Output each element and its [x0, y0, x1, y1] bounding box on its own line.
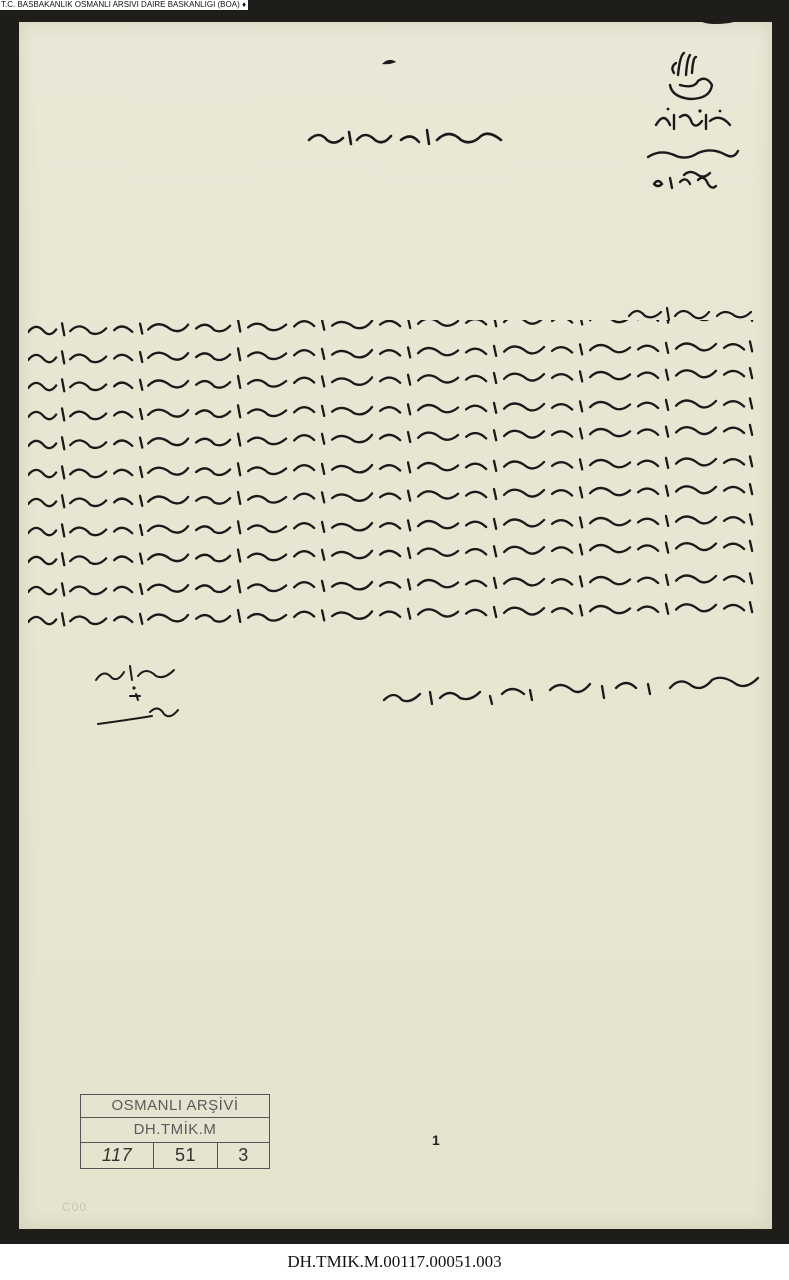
stamp-fond-code: DH.TMİK.M: [81, 1118, 269, 1143]
faint-pencil-mark: C00: [62, 1200, 87, 1214]
stamp-reference-cells: 117 51 3: [81, 1143, 269, 1168]
archive-header-label: T.C. BASBAKANLIK OSMANLI ARSIVI DAIRE BA…: [0, 0, 248, 10]
signature-block: [78, 648, 188, 728]
stamp-cell-box: 117: [81, 1143, 154, 1168]
document-reference-caption: DH.TMIK.M.00117.00051.003: [0, 1252, 789, 1272]
page-mark-top: [381, 56, 397, 66]
body-text: [28, 320, 763, 680]
closing-date-line: [380, 670, 770, 710]
archive-stamp: OSMANLI ARŞİVİ DH.TMİK.M 117 51 3: [80, 1094, 270, 1169]
stamp-archive-name: OSMANLI ARŞİVİ: [81, 1095, 269, 1118]
stamp-cell-file: 51: [154, 1143, 218, 1168]
page-number: 1: [432, 1132, 440, 1148]
stamp-cell-page: 3: [218, 1143, 269, 1168]
salutation-line: [305, 122, 510, 152]
letterhead-number: [650, 172, 720, 192]
